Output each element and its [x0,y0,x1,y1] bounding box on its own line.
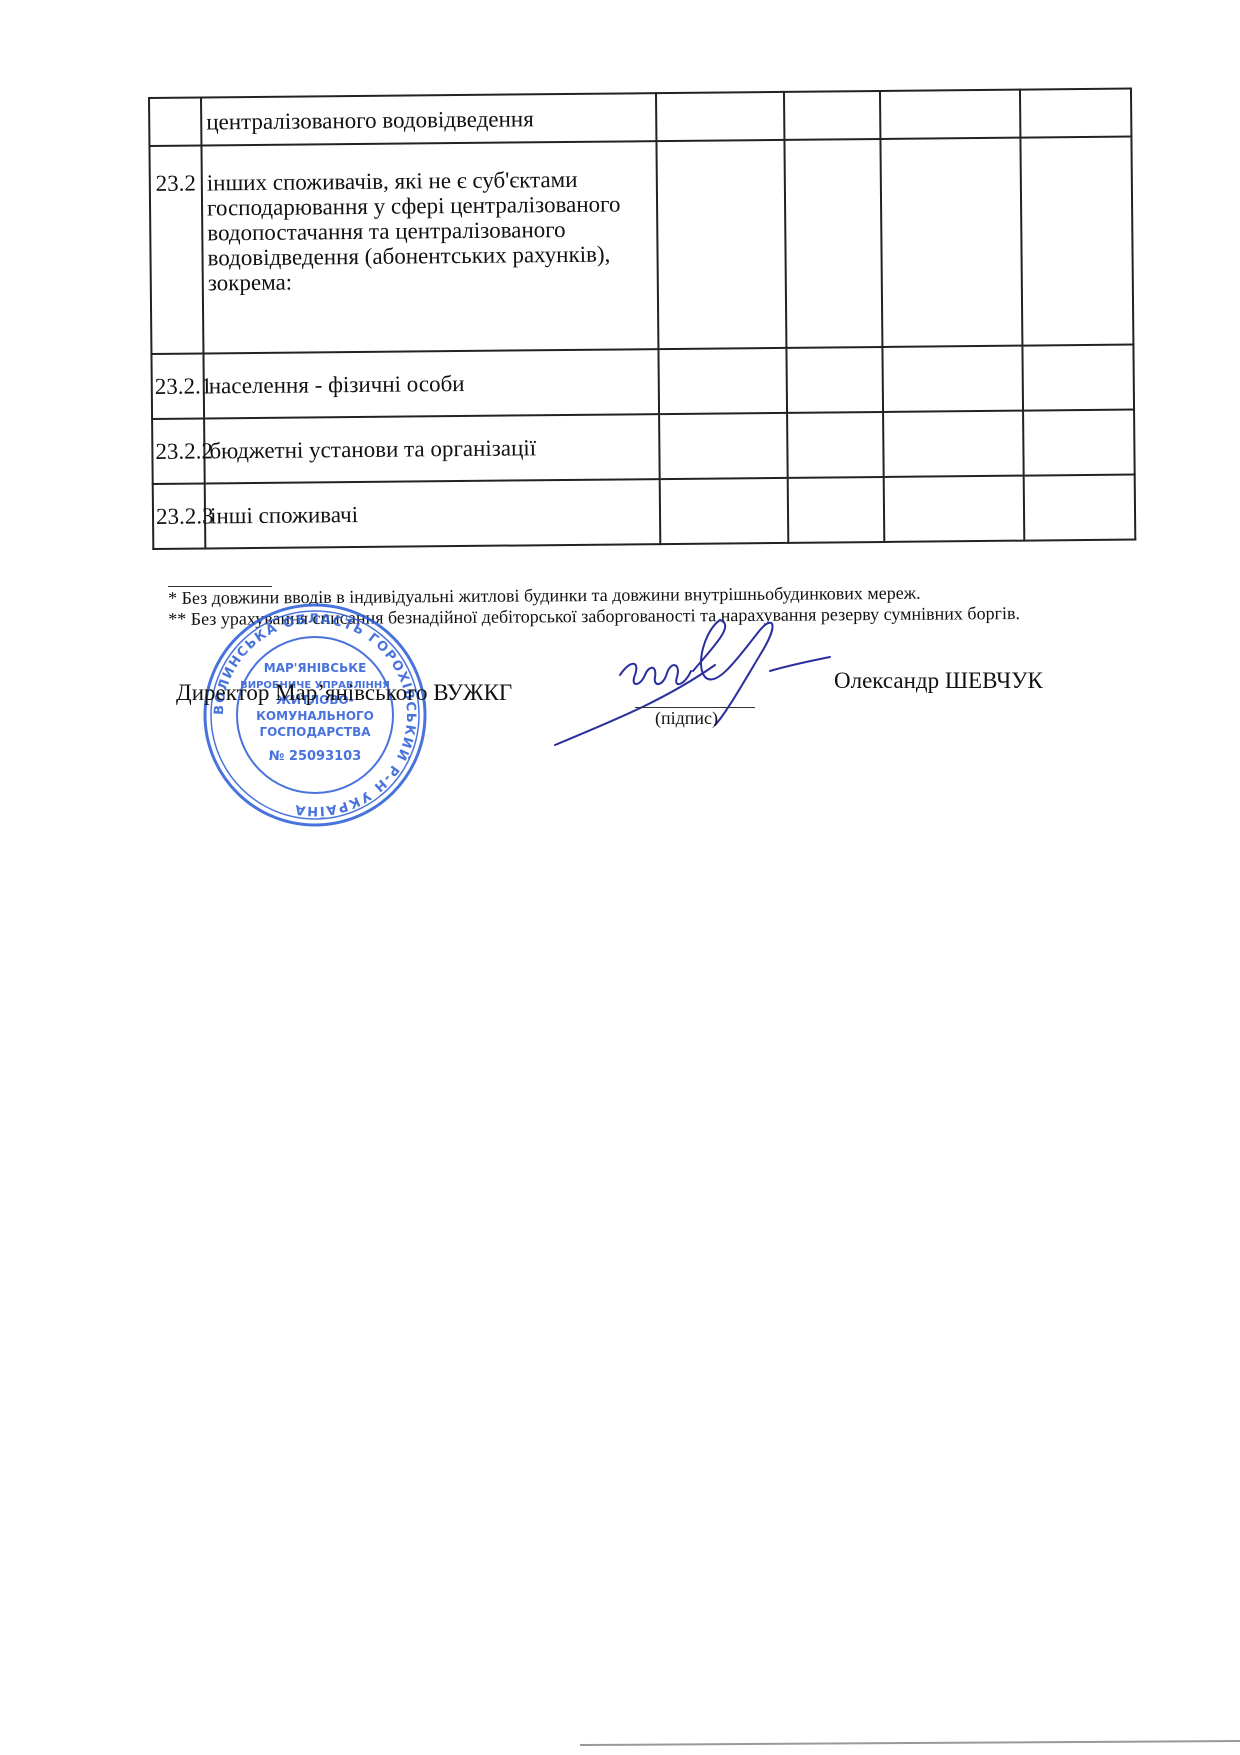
value-cell [787,412,884,478]
table-row: 23.2 інших споживачів, які не є суб'єкта… [149,137,1133,354]
svg-text:МАР'ЯНІВСЬКЕ: МАР'ЯНІВСЬКЕ [264,661,367,675]
value-cell [883,411,1024,477]
value-cell [1023,410,1135,476]
value-cell [656,140,786,349]
signatory-name: Олександр ШЕВЧУК [834,668,1043,694]
value-cell [784,139,882,348]
value-cell [786,347,883,413]
data-table: централізованого водовідведення 23.2 інш… [148,88,1136,550]
value-cell [884,476,1025,542]
row-number: 23.2.3 [153,483,206,548]
official-stamp-icon: ВОЛИНСЬКА ОБЛАСТЬ ГОРОХІВСЬКИЙ Р-Н УКРАЇ… [200,600,430,830]
value-cell [1020,137,1133,346]
svg-text:ГОСПОДАРСТВА: ГОСПОДАРСТВА [259,725,371,739]
table-row: 23.2.3 інші споживачі [153,475,1136,549]
value-cell [1020,89,1131,138]
value-cell [880,90,1020,139]
row-label: інші споживачі [205,479,661,548]
row-number: 23.2.2 [152,418,205,483]
signatory-position: Директор Мар’янівського ВУЖКГ [176,680,512,706]
row-number: 23.2 [149,145,203,353]
svg-text:КОМУНАЛЬНОГО: КОМУНАЛЬНОГО [256,709,374,723]
row-label: бюджетні установи та організації [204,414,660,483]
table-row: 23.2.1 населення - фізичні особи [151,345,1134,419]
svg-text:№ 25093103: № 25093103 [269,749,362,764]
row-label: населення - фізичні особи [203,349,659,418]
scan-edge-line [580,1740,1240,1746]
value-cell [788,477,885,543]
handwritten-signature-icon [545,615,845,755]
row-number [149,97,201,145]
value-cell [656,92,784,141]
value-cell [1022,345,1134,411]
row-number: 23.2.1 [151,353,204,418]
data-table-wrapper: централізованого водовідведення 23.2 інш… [148,88,1134,550]
row-label: інших споживачів, які не є суб'єктами го… [201,141,658,353]
value-cell [659,413,788,479]
value-cell [882,346,1023,412]
value-cell [660,478,789,544]
value-cell [880,138,1022,347]
value-cell [1024,475,1136,541]
value-cell [658,348,787,414]
document-page: централізованого водовідведення 23.2 інш… [0,0,1240,1755]
table-row: 23.2.2 бюджетні установи та організації [152,410,1135,484]
value-cell [784,91,880,140]
row-label: централізованого водовідведення [201,93,656,145]
signature-caption: (підпис) [655,708,718,729]
